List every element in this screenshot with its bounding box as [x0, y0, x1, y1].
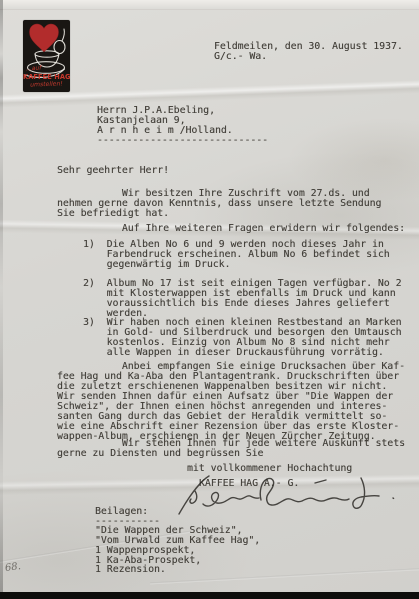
place-date-and-reference: Feldmeilen, den 30. August 1937. G/c.- W… — [214, 42, 403, 62]
paragraph-questions-intro: Auf Ihre weiteren Fragen erwidern wir fo… — [57, 224, 405, 234]
enclosures-list: Beilagen: ----------- "Die Wappen der Sc… — [95, 507, 260, 575]
salutation: Sehr geehrter Herr! — [57, 166, 169, 176]
top-paper-edge — [0, 0, 419, 10]
logo-tagline-top: ...auf — [26, 64, 42, 72]
paragraph-closing: Wir stehen Ihnen für jede weitere Auskun… — [57, 439, 405, 459]
paragraph-enclosures: Anbei empfangen Sie einige Drucksachen ü… — [57, 362, 405, 442]
pencil-note: 68. — [4, 561, 21, 574]
list-item-3: 3) Wir haben noch einen kleinen Restbest… — [83, 318, 402, 358]
kaffee-hag-logo: ...auf KAFFEE HAG umstellen! — [23, 20, 70, 92]
left-paper-edge — [0, 0, 3, 599]
list-item-1: 1) Die Alben No 6 und 9 werden noch dies… — [83, 240, 390, 270]
paragraph-intro: Wir besitzen Ihre Zuschrift vom 27.ds. u… — [57, 189, 381, 219]
list-item-2: 2) Album No 17 ist seit einigen Tagen ve… — [83, 279, 402, 319]
recipient-address: Herrn J.P.A.Ebeling, Kastanjelaan 9, A r… — [97, 106, 268, 146]
bottom-photo-edge — [0, 592, 419, 599]
reference-line: G/c.- Wa. — [214, 51, 267, 62]
letter-page: ...auf KAFFEE HAG umstellen! Feldmeilen,… — [0, 0, 419, 599]
